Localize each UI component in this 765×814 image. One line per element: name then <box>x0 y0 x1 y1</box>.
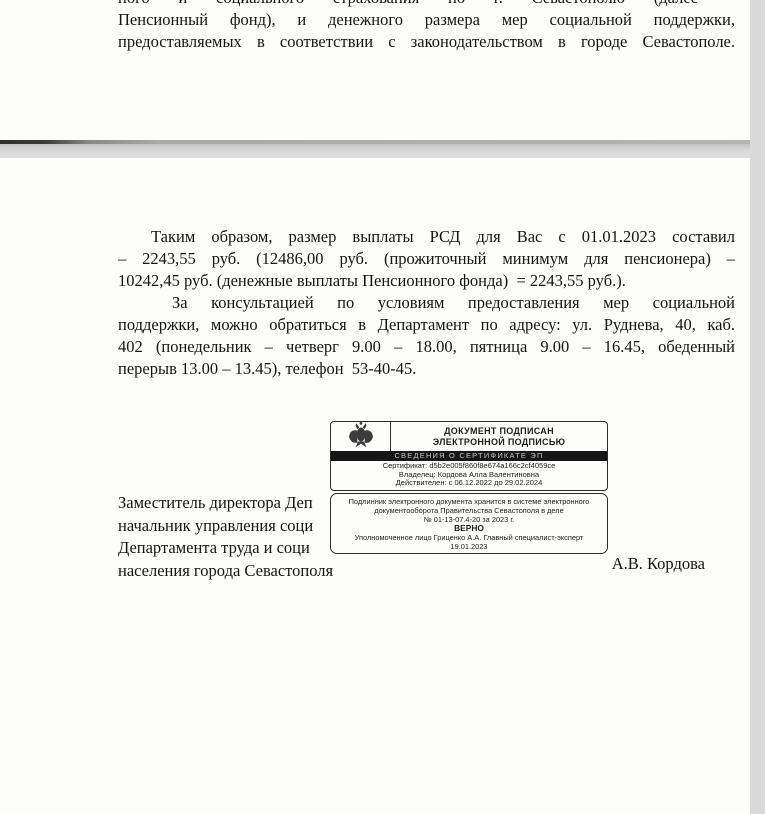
signatory-name: А.В. Кордова <box>612 554 705 574</box>
electronic-signature-stamp: ДОКУМЕНТ ПОДПИСАН ЭЛЕКТРОННОЙ ПОДПИСЬЮ С… <box>330 421 608 554</box>
document-text-line: – 2243,55 руб. (12486,00 руб. (прожиточн… <box>118 248 735 270</box>
verification-date: 19.01.2023 <box>335 542 603 551</box>
storage-note-line: Подлинник электронного документа хранитс… <box>335 497 603 506</box>
stamp-title: ДОКУМЕНТ ПОДПИСАН ЭЛЕКТРОННОЙ ПОДПИСЬЮ <box>391 422 607 451</box>
stamp-title-line: ЭЛЕКТРОННОЙ ПОДПИСЬЮ <box>433 437 565 448</box>
document-text-line: предоставляемых в соответствии с законод… <box>118 31 735 53</box>
coat-of-arms-cell <box>331 422 391 451</box>
page2-text-block: Таким образом, размер выплаты РСД для Ва… <box>118 226 735 380</box>
signature-block: Заместитель директора Деп начальник упра… <box>118 492 333 582</box>
page1-text-block: ного и социального страхования по г. Сев… <box>118 0 735 53</box>
stamp-header: ДОКУМЕНТ ПОДПИСАН ЭЛЕКТРОННОЙ ПОДПИСЬЮ <box>331 422 607 451</box>
signatory-title-line: Заместитель директора Деп <box>118 492 333 515</box>
signatory-title-line: Департамента труда и соци <box>118 537 333 560</box>
page-gap <box>0 144 750 158</box>
double-headed-eagle-icon <box>348 421 374 453</box>
stamp-certificate-box: ДОКУМЕНТ ПОДПИСАН ЭЛЕКТРОННОЙ ПОДПИСЬЮ С… <box>330 421 608 491</box>
document-text-line: ного и социального страхования по г. Сев… <box>118 0 735 9</box>
document-text-line: перерыв 13.00 – 13.45), телефон 53-40-45… <box>118 358 735 380</box>
document-page-1: ного и социального страхования по г. Сев… <box>0 0 750 144</box>
document-text-line: Таким образом, размер выплаты РСД для Ва… <box>118 226 735 248</box>
signatory-title-line: населения города Севастополя <box>118 560 333 583</box>
document-text-line: За консультацией по условиям предоставле… <box>118 292 735 314</box>
document-text-line: Пенсионный фонд), и денежного размера ме… <box>118 9 735 31</box>
signatory-title-line: начальник управления соци <box>118 515 333 538</box>
storage-note-line: документооборота Правительства Севастопо… <box>335 506 603 515</box>
page-bottom-shadow <box>0 140 750 144</box>
verno-label: ВЕРНО <box>335 524 603 533</box>
certificate-details: Сертификат: d5b2e005f860f8e674a166c2cf40… <box>331 461 607 490</box>
stamp-verification-box: Подлинник электронного документа хранитс… <box>330 493 608 554</box>
stamp-title-line: ДОКУМЕНТ ПОДПИСАН <box>444 426 554 437</box>
certificate-validity: Действителен: с 06.12.2022 до 29.02.2024 <box>333 479 605 488</box>
certificate-band: СВЕДЕНИЯ О СЕРТИФИКАТЕ ЭП <box>331 451 607 461</box>
document-text-line: 10242,45 руб. (денежные выплаты Пенсионн… <box>118 270 735 292</box>
document-text-line: 402 (понедельник – четверг 9.00 – 18.00,… <box>118 336 735 358</box>
document-text-line: поддержки, можно обратиться в Департамен… <box>118 314 735 336</box>
authorized-person: Уполномоченное лицо Гриценко А.А. Главны… <box>335 533 603 542</box>
